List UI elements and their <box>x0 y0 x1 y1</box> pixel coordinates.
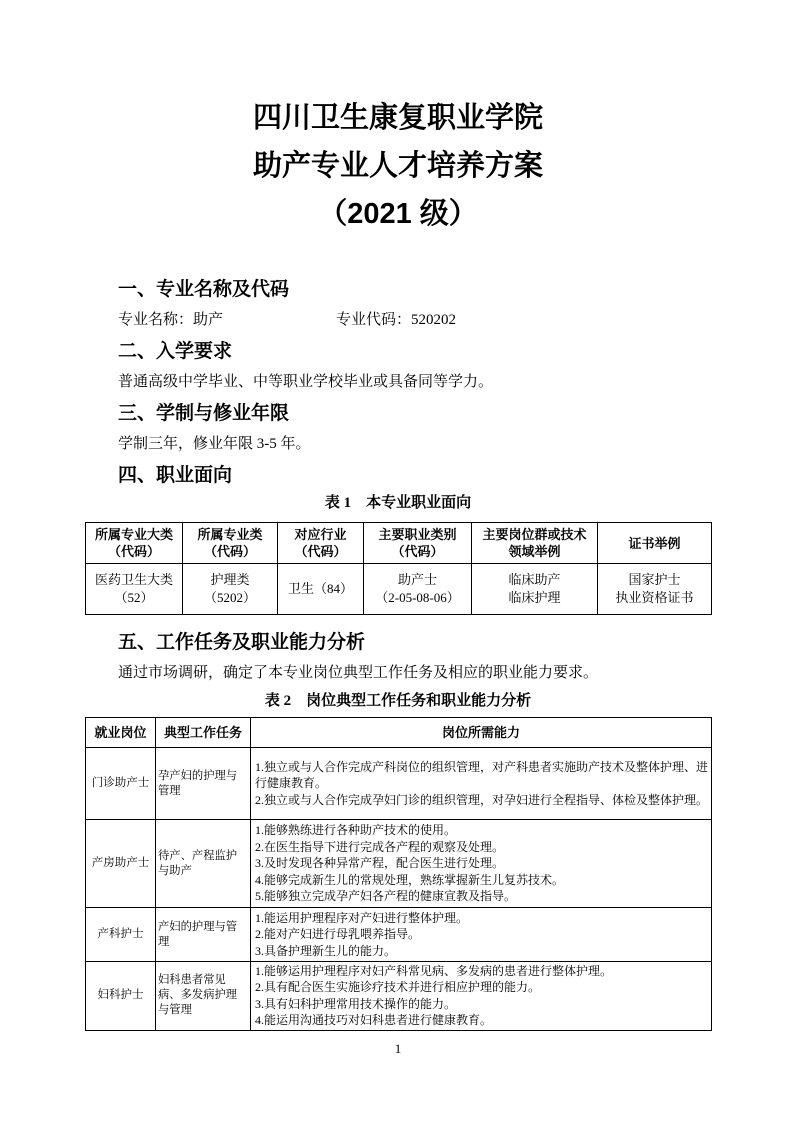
abilities-cell: 1.独立或与人合作完成产科岗位的组织管理，对产科患者实施助产技术及整体护理、进行… <box>251 748 712 820</box>
doc-title-line-1: 四川卫生康复职业学院 <box>85 94 711 142</box>
table1-cell-post-group: 临床助产 临床护理 <box>472 564 598 615</box>
section-heading-entry-requirements: 二、入学要求 <box>85 336 711 367</box>
table2-header-typical-task: 典型工作任务 <box>156 718 251 748</box>
table1-caption: 表 1 本专业职业面向 <box>85 491 711 515</box>
typical-task-cell: 孕产妇的护理与管理 <box>156 748 251 820</box>
table1-cell-occupation-category: 助产士 （2-05-08-06） <box>364 564 472 615</box>
table1-header-occupation-category: 主要职业类别 （代码） <box>364 523 472 564</box>
section-heading-major-name-code: 一、专业名称及代码 <box>85 274 711 305</box>
abilities-cell: 1.能够熟练进行各种助产技术的使用。 2.在医生指导下进行完成各产程的观察及处理… <box>251 820 712 908</box>
table2-header-row: 就业岗位 典型工作任务 岗位所需能力 <box>86 718 712 748</box>
doc-title: 四川卫生康复职业学院 助产专业人才培养方案 （2021 级） <box>85 0 711 238</box>
table1-header-post-group: 主要岗位群或技术 领域举例 <box>472 523 598 564</box>
table1-cell-industry: 卫生（84） <box>278 564 364 615</box>
job-post-cell: 门诊助产士 <box>86 748 156 820</box>
table1-header-industry: 对应行业 （代码） <box>278 523 364 564</box>
table1-header-certificates: 证书举例 <box>598 523 712 564</box>
typical-task-cell: 待产、产程监护与助产 <box>156 820 251 908</box>
job-task-ability-table: 就业岗位 典型工作任务 岗位所需能力 门诊助产士 孕产妇的护理与管理 1.独立或… <box>85 717 712 1031</box>
section-heading-task-ability-analysis: 五、工作任务及职业能力分析 <box>85 627 711 658</box>
table1-header-major-class: 所属专业类 （代码） <box>183 523 278 564</box>
entry-requirements-text: 普通高级中学毕业、中等职业学校毕业或具备同等学力。 <box>85 367 711 398</box>
section-heading-schooling-years: 三、学制与修业年限 <box>85 398 711 429</box>
job-post-cell: 产科护士 <box>86 908 156 962</box>
section-heading-career-orientation: 四、职业面向 <box>85 460 711 491</box>
market-research-text: 通过市场调研，确定了本专业岗位典型工作任务及相应的职业能力要求。 <box>85 658 711 689</box>
table1-cell-certificates: 国家护士 执业资格证书 <box>598 564 712 615</box>
table2-row-delivery-room-midwife: 产房助产士 待产、产程监护与助产 1.能够熟练进行各种助产技术的使用。 2.在医… <box>86 820 712 908</box>
page-number: 1 <box>85 1039 711 1059</box>
schooling-years-text: 学制三年，修业年限 3-5 年。 <box>85 429 711 460</box>
table2-row-obstetric-nurse: 产科护士 产妇的护理与管理 1.能运用护理程序对产妇进行整体护理。 2.能对产妇… <box>86 908 712 962</box>
table2-row-gynecology-nurse: 妇科护士 妇科患者常见病、多发病护理与管理 1.能够运用护理程序对妇产科常见病、… <box>86 962 712 1031</box>
table2-row-outpatient-midwife: 门诊助产士 孕产妇的护理与管理 1.独立或与人合作完成产科岗位的组织管理，对产科… <box>86 748 712 820</box>
typical-task-cell: 妇科患者常见病、多发病护理与管理 <box>156 962 251 1031</box>
table1-cell-major-class: 护理类 （5202） <box>183 564 278 615</box>
table2-header-job-post: 就业岗位 <box>86 718 156 748</box>
major-name-text: 专业名称：助产 <box>118 305 336 336</box>
table1-header-major-category: 所属专业大类 （代码） <box>86 523 183 564</box>
doc-title-line-3: （2021 级） <box>85 190 711 238</box>
table2-caption: 表 2 岗位典型工作任务和职业能力分析 <box>85 689 711 713</box>
table1-cell-major-category: 医药卫生大类 （52） <box>86 564 183 615</box>
doc-title-line-2: 助产专业人才培养方案 <box>85 142 711 190</box>
abilities-cell: 1.能运用护理程序对产妇进行整体护理。 2.能对产妇进行母乳喂养指导。 3.具备… <box>251 908 712 962</box>
document-page: 四川卫生康复职业学院 助产专业人才培养方案 （2021 级） 一、专业名称及代码… <box>0 0 792 1121</box>
typical-task-cell: 产妇的护理与管理 <box>156 908 251 962</box>
major-name-code-line: 专业名称：助产专业代码：520202 <box>85 305 711 336</box>
job-post-cell: 产房助产士 <box>86 820 156 908</box>
table1-header-row: 所属专业大类 （代码） 所属专业类 （代码） 对应行业 （代码） 主要职业类别 … <box>86 523 712 564</box>
table2-header-required-ability: 岗位所需能力 <box>251 718 712 748</box>
major-code-text: 专业代码：520202 <box>336 312 456 328</box>
table1-data-row: 医药卫生大类 （52） 护理类 （5202） 卫生（84） 助产士 （2-05-… <box>86 564 712 615</box>
abilities-cell: 1.能够运用护理程序对妇产科常见病、多发病的患者进行整体护理。 2.具有配合医生… <box>251 962 712 1031</box>
job-post-cell: 妇科护士 <box>86 962 156 1031</box>
career-orientation-table: 所属专业大类 （代码） 所属专业类 （代码） 对应行业 （代码） 主要职业类别 … <box>85 522 712 615</box>
